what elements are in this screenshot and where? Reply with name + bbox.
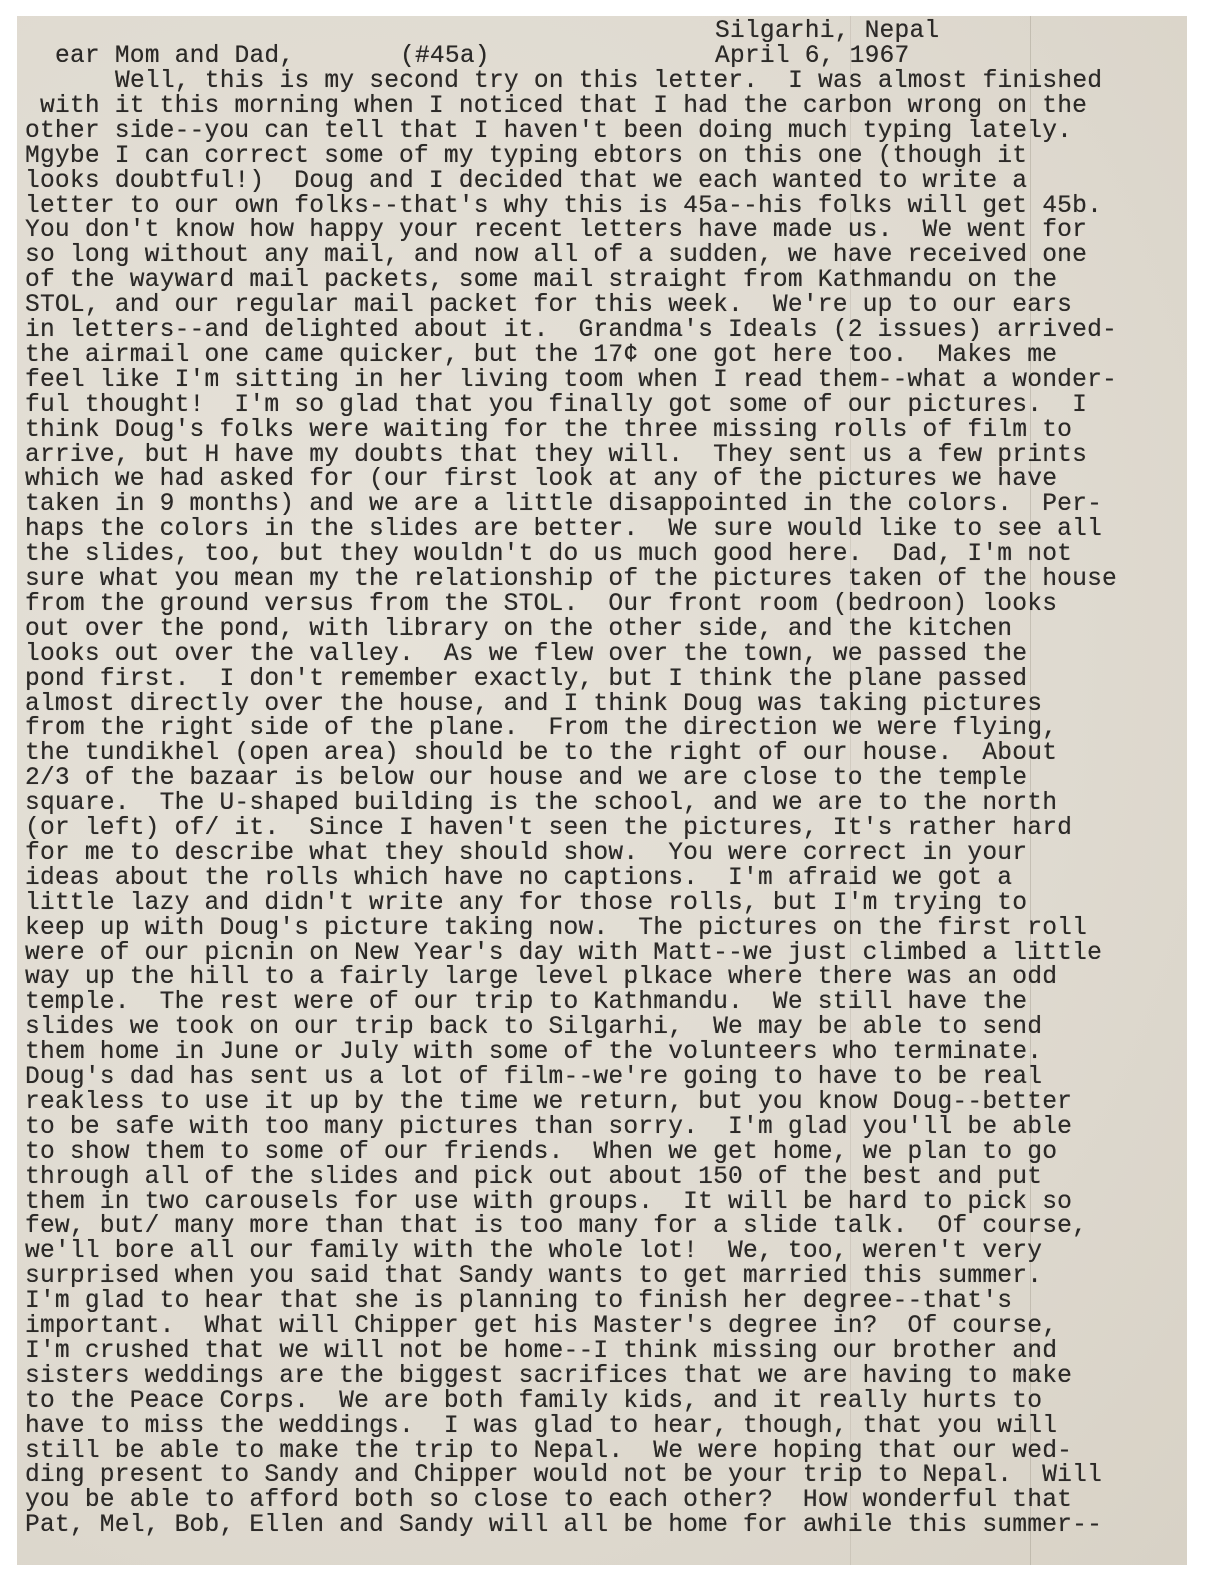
letter-line: haps the colors in the slides are better… — [25, 517, 1102, 542]
letter-line: ding present to Sandy and Chipper would … — [25, 1463, 1102, 1488]
letter-line: Pat, Mel, Bob, Ellen and Sandy will all … — [25, 1513, 1102, 1538]
letter-line: other side--you can tell that I haven't … — [25, 119, 1072, 144]
letter-line: sure what you mean my the relationship o… — [25, 567, 1117, 592]
letter-line: think Doug's folks were waiting for the … — [25, 418, 1072, 443]
letter-line: You don't know how happy your recent let… — [25, 218, 1087, 243]
letter-line: keep up with Doug's picture taking now. … — [25, 916, 1087, 941]
letter-line: the slides, too, but they wouldn't do us… — [25, 542, 1072, 567]
letter-line: from the right side of the plane. From t… — [25, 716, 1057, 741]
letter-text: Silgarhi, Nepal ear Mom and Dad, (#45a) … — [0, 0, 1205, 1581]
letter-place: Silgarhi, Nepal — [715, 19, 939, 44]
letter-line: we'll bore all our family with the whole… — [25, 1239, 1042, 1264]
letter-line: few, but/ many more than that is too man… — [25, 1214, 1087, 1239]
letter-line: the tundikhel (open area) should be to t… — [25, 741, 1057, 766]
letter-line: surprised when you said that Sandy wants… — [25, 1264, 1042, 1289]
letter-line: the airmail one came quicker, but the 17… — [25, 343, 1057, 368]
letter-line: for me to describe what they should show… — [25, 841, 1027, 866]
letter-line: square. The U-shaped building is the sch… — [25, 791, 1057, 816]
letter-line: temple. The rest were of our trip to Kat… — [25, 990, 1027, 1015]
letter-line: Mgybe I can correct some of my typing eb… — [25, 144, 1027, 169]
letter-line: of the wayward mail packets, some mail s… — [25, 268, 1057, 293]
letter-line: looks doubtful!) Doug and I decided that… — [25, 169, 1027, 194]
letter-line: them home in June or July with some of t… — [25, 1040, 1042, 1065]
letter-line: taken in 9 months) and we are a little d… — [25, 492, 1102, 517]
letter-line: almost directly over the house, and I th… — [25, 692, 1042, 717]
letter-line: them in two carousels for use with group… — [25, 1190, 1072, 1215]
letter-date: April 6, 1967 — [715, 44, 909, 69]
letter-line: out over the pond, with library on the o… — [25, 617, 1012, 642]
letter-salutation: ear Mom and Dad, — [55, 44, 294, 69]
letter-line: you be able to afford both so close to e… — [25, 1488, 1072, 1513]
letter-line: looks out over the valley. As we flew ov… — [25, 642, 1027, 667]
letter-line: reakless to use it up by the time we ret… — [25, 1090, 1072, 1115]
letter-line: have to miss the weddings. I was glad to… — [25, 1414, 1057, 1439]
letter-line: to the Peace Corps. We are both family k… — [25, 1389, 1042, 1414]
letter-line: still be able to make the trip to Nepal.… — [25, 1439, 1072, 1464]
letter-line: little lazy and didn't write any for tho… — [25, 891, 1027, 916]
letter-line: through all of the slides and pick out a… — [25, 1165, 1042, 1190]
letter-line: I'm crushed that we will not be home--I … — [25, 1339, 1057, 1364]
letter-line: to show them to some of our friends. Whe… — [25, 1140, 1057, 1165]
letter-line: sisters weddings are the biggest sacrifi… — [25, 1364, 1072, 1389]
letter-line: slides we took on our trip back to Silga… — [25, 1015, 1042, 1040]
letter-line: were of our picnin on New Year's day wit… — [25, 941, 1102, 966]
letter-line: to be safe with too many pictures than s… — [25, 1115, 1072, 1140]
letter-line: important. What will Chipper get his Mas… — [25, 1314, 1057, 1339]
letter-line: feel like I'm sitting in her living toom… — [25, 368, 1117, 393]
letter-line: Well, this is my second try on this lett… — [115, 69, 1102, 94]
letter-line: arrive, but H have my doubts that they w… — [25, 443, 1087, 468]
letter-line: I'm glad to hear that she is planning to… — [25, 1289, 1012, 1314]
letter-line: STOL, and our regular mail packet for th… — [25, 293, 1072, 318]
letter-line: with it this morning when I noticed that… — [40, 94, 1087, 119]
letter-line: letter to our own folks--that's why this… — [25, 194, 1102, 219]
letter-line: so long without any mail, and now all of… — [25, 243, 1087, 268]
letter-line: (or left) of/ it. Since I haven't seen t… — [25, 816, 1072, 841]
letter-line: ful thought! I'm so glad that you finall… — [25, 393, 1087, 418]
letter-line: ideas about the rolls which have no capt… — [25, 866, 1012, 891]
letter-line: pond first. I don't remember exactly, bu… — [25, 667, 1027, 692]
letter-line: in letters--and delighted about it. Gran… — [25, 318, 1117, 343]
letter-line: 2/3 of the bazaar is below our house and… — [25, 766, 1027, 791]
letter-line: way up the hill to a fairly large level … — [25, 965, 1057, 990]
letter-number: (#45a) — [400, 44, 490, 69]
letter-line: from the ground versus from the STOL. Ou… — [25, 592, 1057, 617]
letter-line: Doug's dad has sent us a lot of film--we… — [25, 1065, 1042, 1090]
letter-line: which we had asked for (our first look a… — [25, 467, 1057, 492]
